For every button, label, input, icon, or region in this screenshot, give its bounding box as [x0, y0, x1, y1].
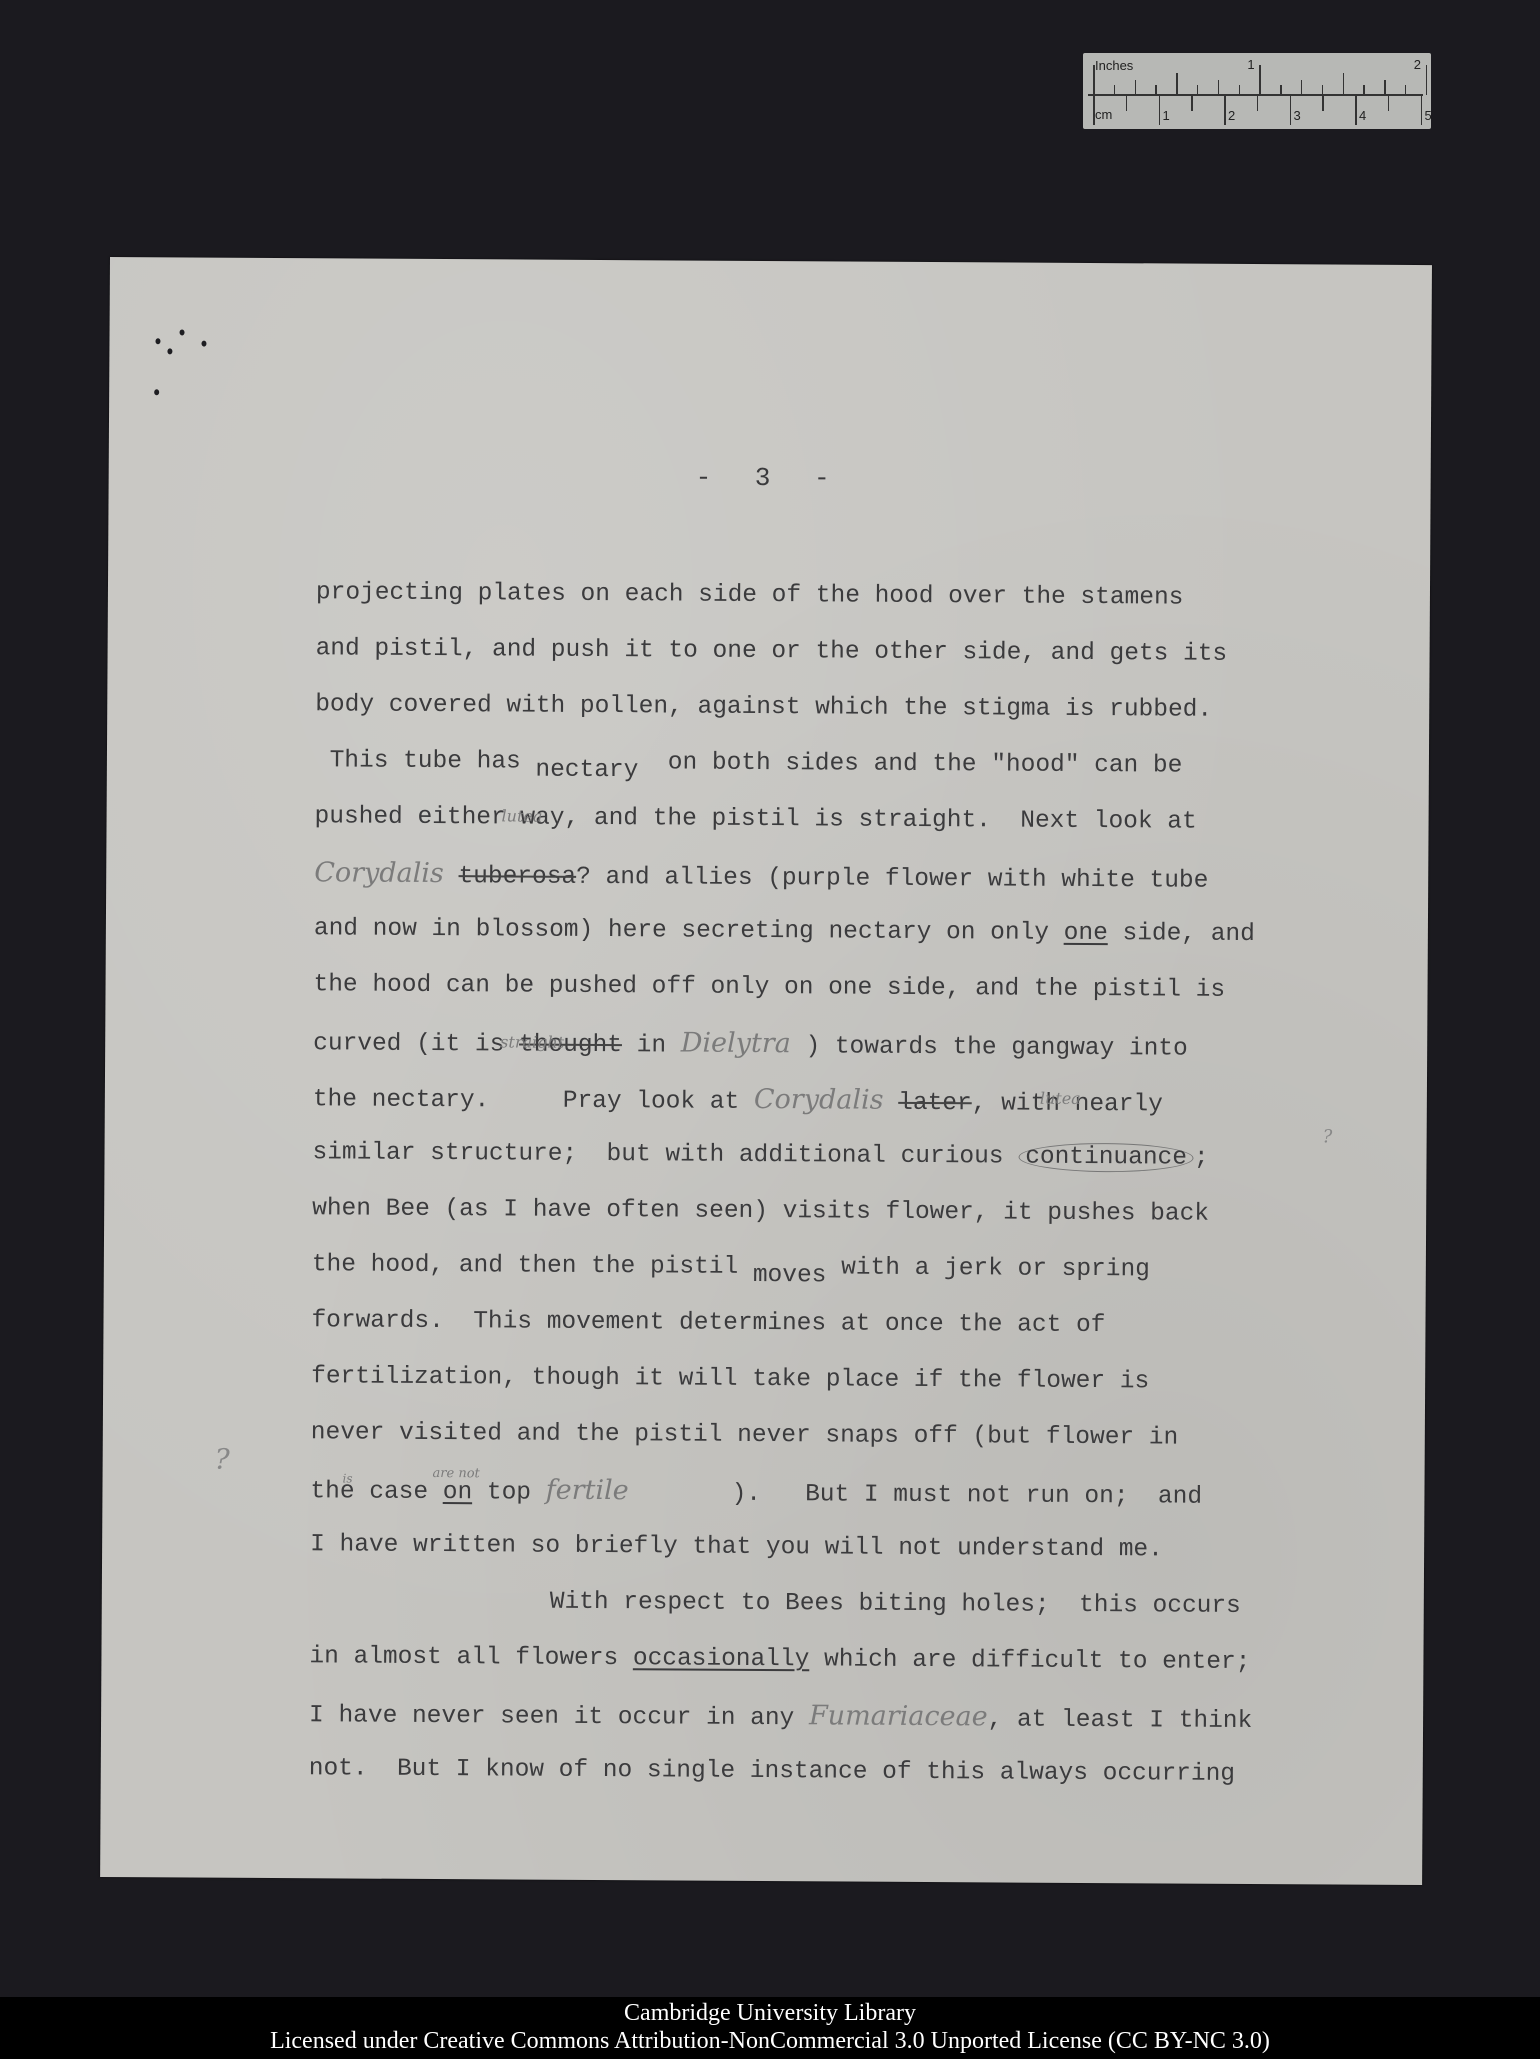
text-segment: the nectary. Pray look at [313, 1086, 754, 1116]
text-line: I have written so briefly that you will … [310, 1517, 1370, 1579]
text-segment: , at least I think [988, 1706, 1253, 1735]
annotation-above-on-top: are not [433, 1466, 480, 1481]
text-line: and pistil, and push it to one or the ot… [315, 621, 1375, 683]
ruler-cm-number: 3 [1294, 108, 1301, 123]
text-segment: which are difficult to enter; [809, 1646, 1250, 1676]
text-segment: With respect to Bees biting holes; this … [550, 1589, 1241, 1620]
page-number: - 3 - [109, 459, 1431, 497]
text-line: I have never seen it occur in any Fumari… [309, 1685, 1369, 1747]
text-line: fertilization, though it will take place… [311, 1349, 1371, 1411]
text-segment: pushed either way, and the pistil is str… [315, 803, 1197, 835]
text-segment: similar structure; but with additional c… [312, 1139, 1018, 1170]
text-segment: This tube has [315, 747, 536, 775]
text-segment: on both sides and the "hood" can be [638, 749, 1182, 779]
text-line: the hood can be pushed off only on one s… [313, 957, 1373, 1019]
ruler-cm-number: 5 [1425, 108, 1432, 123]
text-segment: top [472, 1479, 546, 1506]
text-segment: ). But I must not run on; and [629, 1480, 1203, 1511]
punch-hole [201, 341, 206, 347]
text-segment: with a jerk or spring [826, 1254, 1150, 1283]
text-line: forwards. This movement determines at on… [311, 1293, 1371, 1355]
ruler-axis [1088, 94, 1423, 96]
text-segment: curved (it is [313, 1030, 519, 1058]
text-line: This tube has nectary on both sides and … [315, 733, 1375, 795]
text-segment: and pistil, and push it to one or the ot… [316, 635, 1228, 668]
text-line: projecting plates on each side of the ho… [316, 565, 1376, 627]
punch-hole [167, 348, 172, 354]
text-segment: ? and allies (purple flower with white t… [576, 864, 1208, 895]
text-segment: on [443, 1479, 473, 1506]
text-line: not. But I know of no single instance of… [309, 1741, 1369, 1803]
text-segment: moves [753, 1262, 827, 1289]
margin-query-mark: ? [215, 1443, 230, 1476]
text-segment: ) towards the gangway into [791, 1033, 1188, 1062]
footer-institution: Cambridge University Library [0, 1999, 1540, 2027]
text-line: pushed either way, and the pistil is str… [314, 789, 1374, 851]
letter-page: - 3 - projecting plates on each side of … [100, 257, 1432, 1885]
ruler-inch-label: Inches [1095, 58, 1133, 73]
ruler-cm-label: cm [1095, 107, 1112, 122]
ruler-inch-number: 2 [1414, 57, 1421, 72]
text-segment: ; [1194, 1145, 1209, 1172]
scale-ruler: Inches cm 1234512 [1083, 53, 1431, 129]
text-segment [444, 863, 459, 890]
text-segment: nectary [535, 757, 638, 785]
text-line: never visited and the pistil never snaps… [311, 1405, 1371, 1467]
text-segment: I have never seen it occur in any [309, 1702, 809, 1732]
text-segment: when Bee (as I have often seen) visits f… [312, 1195, 1209, 1227]
annotation-above-thought: straight [500, 1032, 564, 1051]
text-segment: later [898, 1090, 972, 1117]
text-line: body covered with pollen, against which … [315, 677, 1375, 739]
text-segment: projecting plates on each side of the ho… [316, 579, 1184, 611]
text-segment: occasionally [633, 1645, 810, 1673]
text-segment: not. But I know of no single instance of… [309, 1755, 1235, 1788]
text-segment: I have written so briefly that you will … [310, 1531, 1163, 1563]
ruler-inch-number: 1 [1247, 57, 1254, 72]
ruler-cm-number: 2 [1228, 108, 1235, 123]
handwritten-insertion: Dielytra [681, 1028, 791, 1060]
text-segment: the case [310, 1478, 442, 1506]
annotation-above-later: lutea [1040, 1089, 1081, 1108]
punch-hole [155, 338, 160, 344]
text-line: when Bee (as I have often seen) visits f… [312, 1181, 1372, 1243]
text-segment: and now in blossom) here secreting necta… [314, 915, 1064, 947]
annotation-above-tuberosa: lutea [502, 806, 543, 825]
text-segment: tuberosa [458, 863, 576, 891]
text-line: and now in blossom) here secreting necta… [314, 901, 1374, 963]
margin-query-mark-right: ? [1323, 1126, 1333, 1147]
footer-license: Licensed under Creative Commons Attribut… [0, 2027, 1540, 2055]
text-line: the nectary. Pray look at Corydalis late… [313, 1069, 1373, 1131]
text-segment: forwards. This movement determines at on… [311, 1307, 1105, 1339]
license-footer: Cambridge University Library Licensed un… [0, 1997, 1540, 2059]
text-line: in almost all flowers occasionally which… [309, 1629, 1369, 1691]
handwritten-insertion: fertile [546, 1475, 629, 1507]
ruler-cm-number: 1 [1163, 108, 1170, 123]
handwritten-insertion: Corydalis [754, 1084, 884, 1116]
ruler-cm-number: 4 [1359, 108, 1366, 123]
text-segment: continuance [1018, 1143, 1194, 1173]
typed-letter-body: projecting plates on each side of the ho… [309, 565, 1377, 1803]
text-segment: in almost all flowers [309, 1643, 633, 1672]
text-segment: side, and [1108, 920, 1255, 948]
handwritten-insertion: Corydalis [314, 857, 444, 889]
text-segment: in [622, 1032, 681, 1059]
punch-hole [180, 329, 185, 335]
text-line: Corydalis tuberosa? and allies (purple f… [314, 845, 1374, 907]
text-line: the hood, and then the pistil moves with… [312, 1237, 1372, 1299]
text-segment: never visited and the pistil never snaps… [311, 1419, 1179, 1451]
text-line: similar structure; but with additional c… [312, 1125, 1372, 1187]
text-line: curved (it is thought in Dielytra ) towa… [313, 1013, 1373, 1075]
punch-hole [154, 389, 159, 395]
text-segment: body covered with pollen, against which … [315, 691, 1212, 723]
handwritten-insertion: Fumariaceae [809, 1700, 988, 1732]
text-line: With respect to Bees biting holes; this … [310, 1573, 1370, 1635]
text-segment: one [1064, 920, 1108, 947]
text-segment: the hood, and then the pistil [312, 1251, 753, 1281]
text-segment [883, 1090, 898, 1117]
text-segment: fertilization, though it will take place… [311, 1363, 1149, 1395]
annotation-above-the: is [343, 1471, 353, 1485]
text-segment: the hood can be pushed off only on one s… [313, 971, 1225, 1004]
